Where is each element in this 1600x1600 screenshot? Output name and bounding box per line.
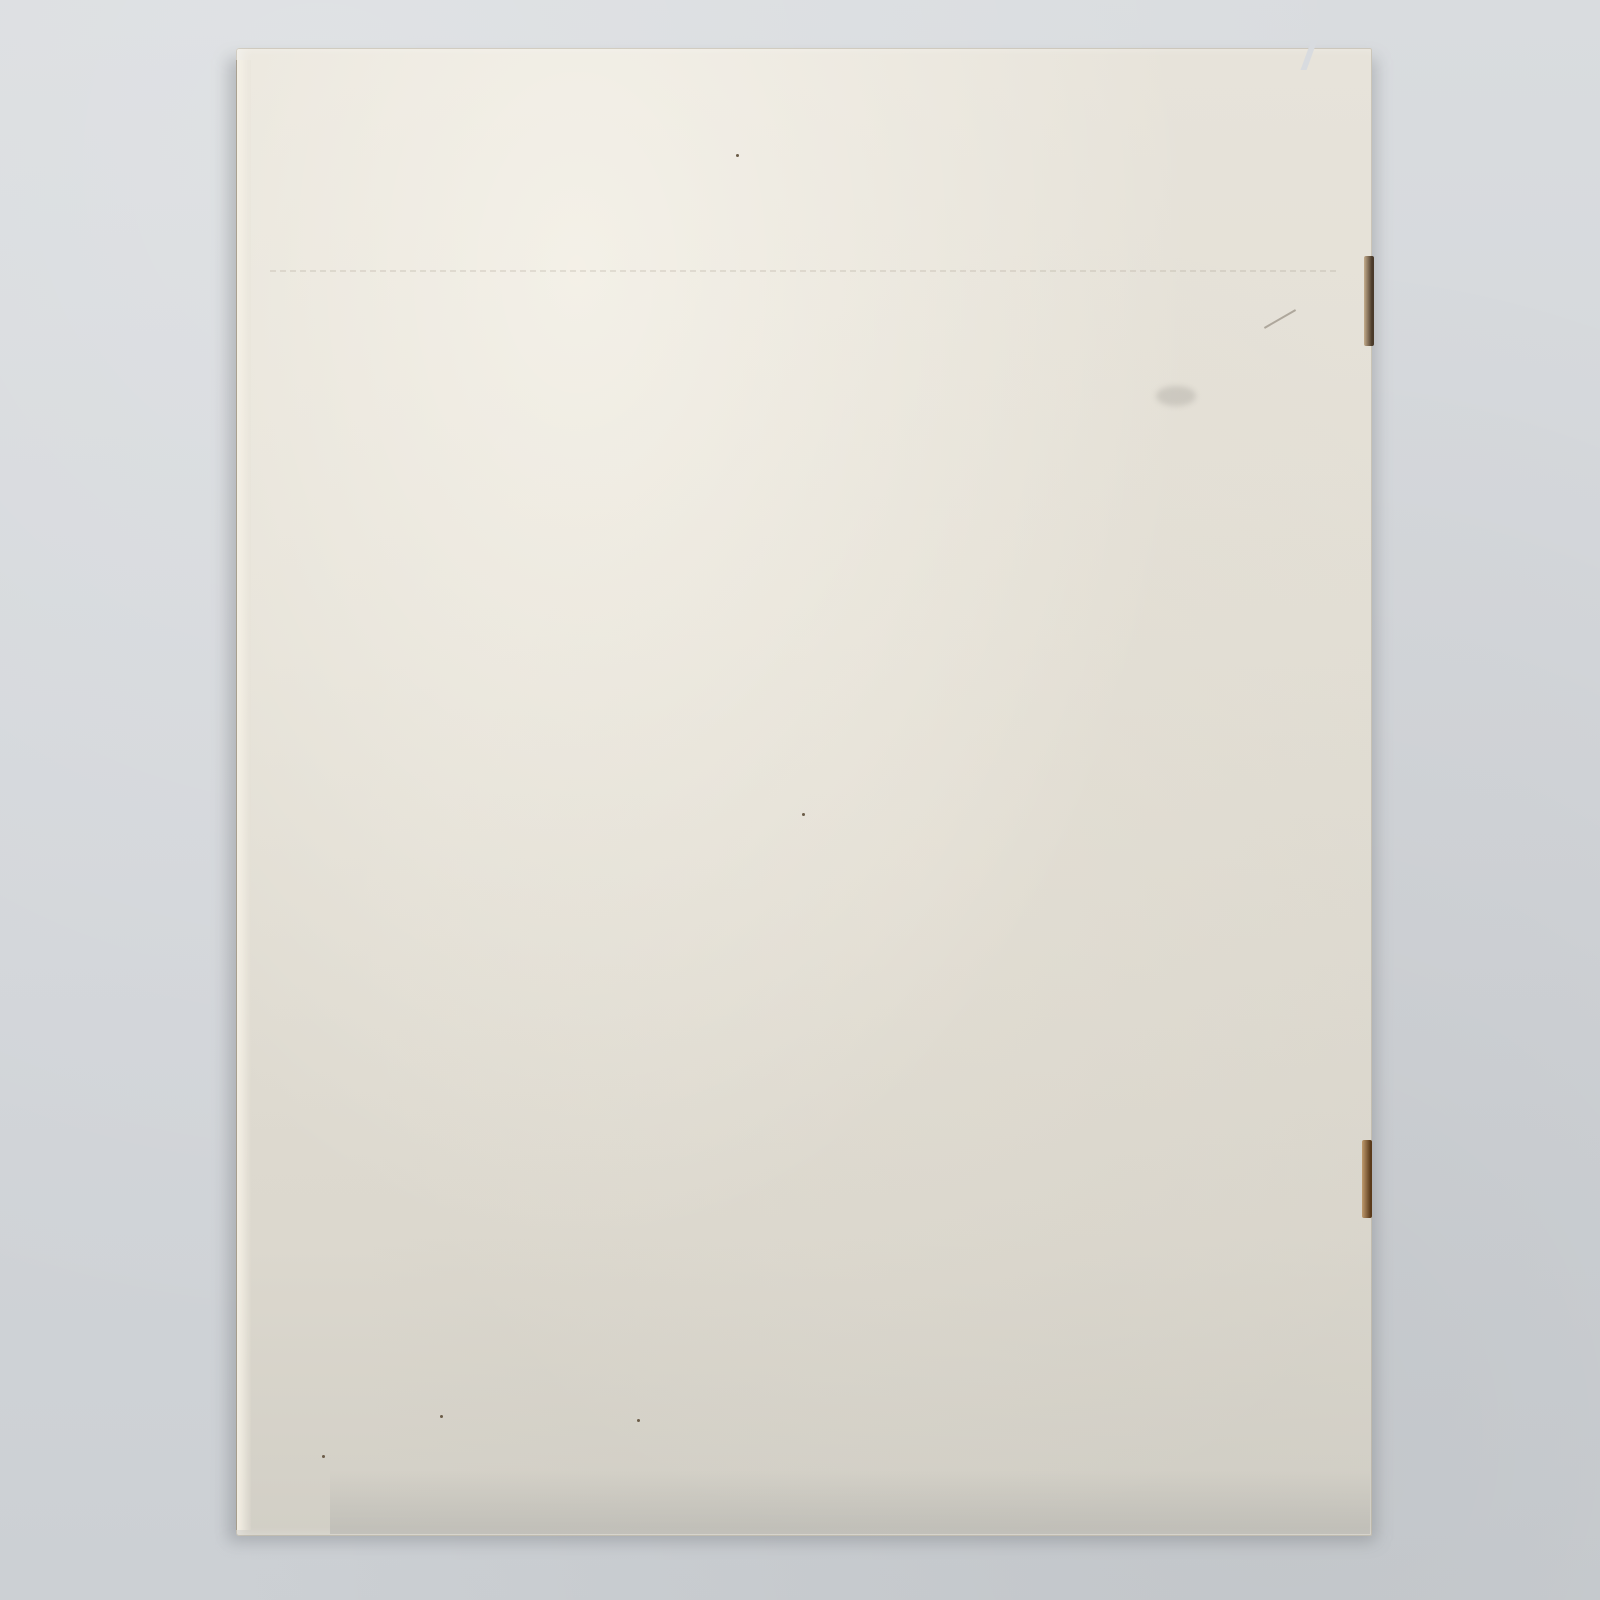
paper-speck [736, 154, 739, 157]
paper-speck [802, 813, 805, 816]
bottom-edge-shading [330, 1470, 1370, 1534]
booklet-spine-edge [236, 60, 251, 1530]
paper-speck [440, 1415, 443, 1418]
lower-edge-stain [1362, 1140, 1372, 1218]
upper-edge-stain [1364, 256, 1374, 346]
paper-speck [637, 1419, 640, 1422]
paper-speck [322, 1455, 325, 1458]
paper-smudge [1156, 386, 1196, 406]
faint-print-showthrough [270, 270, 1340, 272]
